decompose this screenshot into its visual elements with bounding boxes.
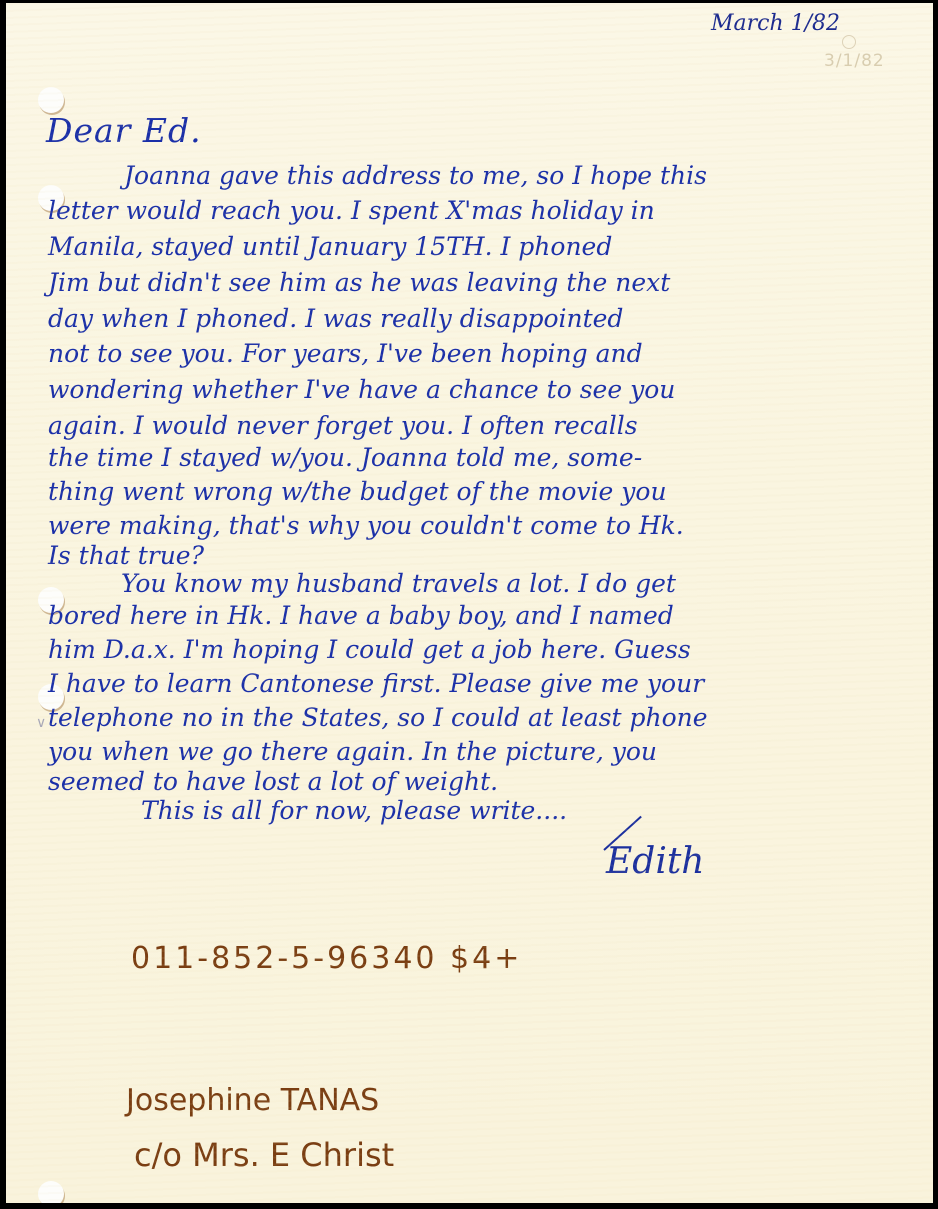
body-line: You know my husband travels a lot. I do …	[121, 569, 676, 598]
body-line: were making, that's why you couldn't com…	[48, 511, 684, 540]
body-line: Joanna gave this address to me, so I hop…	[124, 161, 707, 190]
body-line: day when I phoned. I was really disappoi…	[48, 304, 623, 333]
letter-page: March 1/82 3/1/82 Dear Ed. Joanna gave t…	[6, 3, 933, 1203]
address-care-of: c/o Mrs. E Christ	[134, 1136, 394, 1174]
pencil-circle-mark	[842, 35, 856, 49]
body-line: again. I would never forget you. I often…	[48, 411, 638, 440]
body-line: not to see you. For years, I've been hop…	[48, 339, 643, 368]
margin-check-mark: ∨	[36, 715, 46, 731]
signature: Edith	[606, 841, 705, 882]
letter-date: March 1/82	[711, 11, 840, 36]
body-line: I have to learn Cantonese first. Please …	[48, 669, 704, 698]
body-line: Manila, stayed until January 15TH. I pho…	[48, 232, 612, 261]
body-line: bored here in Hk. I have a baby boy, and…	[48, 601, 674, 630]
binder-hole	[38, 87, 64, 113]
body-line: Jim but didn't see him as he was leaving…	[48, 268, 670, 297]
binder-hole	[38, 1181, 64, 1203]
archive-date-mark: 3/1/82	[824, 51, 885, 71]
body-line: the time I stayed w/you. Joanna told me,…	[48, 443, 642, 472]
body-line: thing went wrong w/the budget of the mov…	[48, 477, 667, 506]
phone-note: 011-852-5-96340 $4+	[131, 941, 522, 976]
body-line: telephone no in the States, so I could a…	[48, 703, 708, 732]
address-name: Josephine TANAS	[126, 1083, 379, 1118]
body-line: him D.a.x. I'm hoping I could get a job …	[48, 635, 691, 664]
salutation: Dear Ed.	[46, 111, 202, 150]
body-line: seemed to have lost a lot of weight.	[48, 767, 498, 796]
body-line: This is all for now, please write....	[141, 796, 567, 825]
body-line: letter would reach you. I spent X'mas ho…	[48, 196, 655, 225]
body-line: Is that true?	[48, 541, 204, 570]
body-line: wondering whether I've have a chance to …	[48, 375, 675, 404]
body-line: you when we go there again. In the pictu…	[48, 737, 657, 766]
